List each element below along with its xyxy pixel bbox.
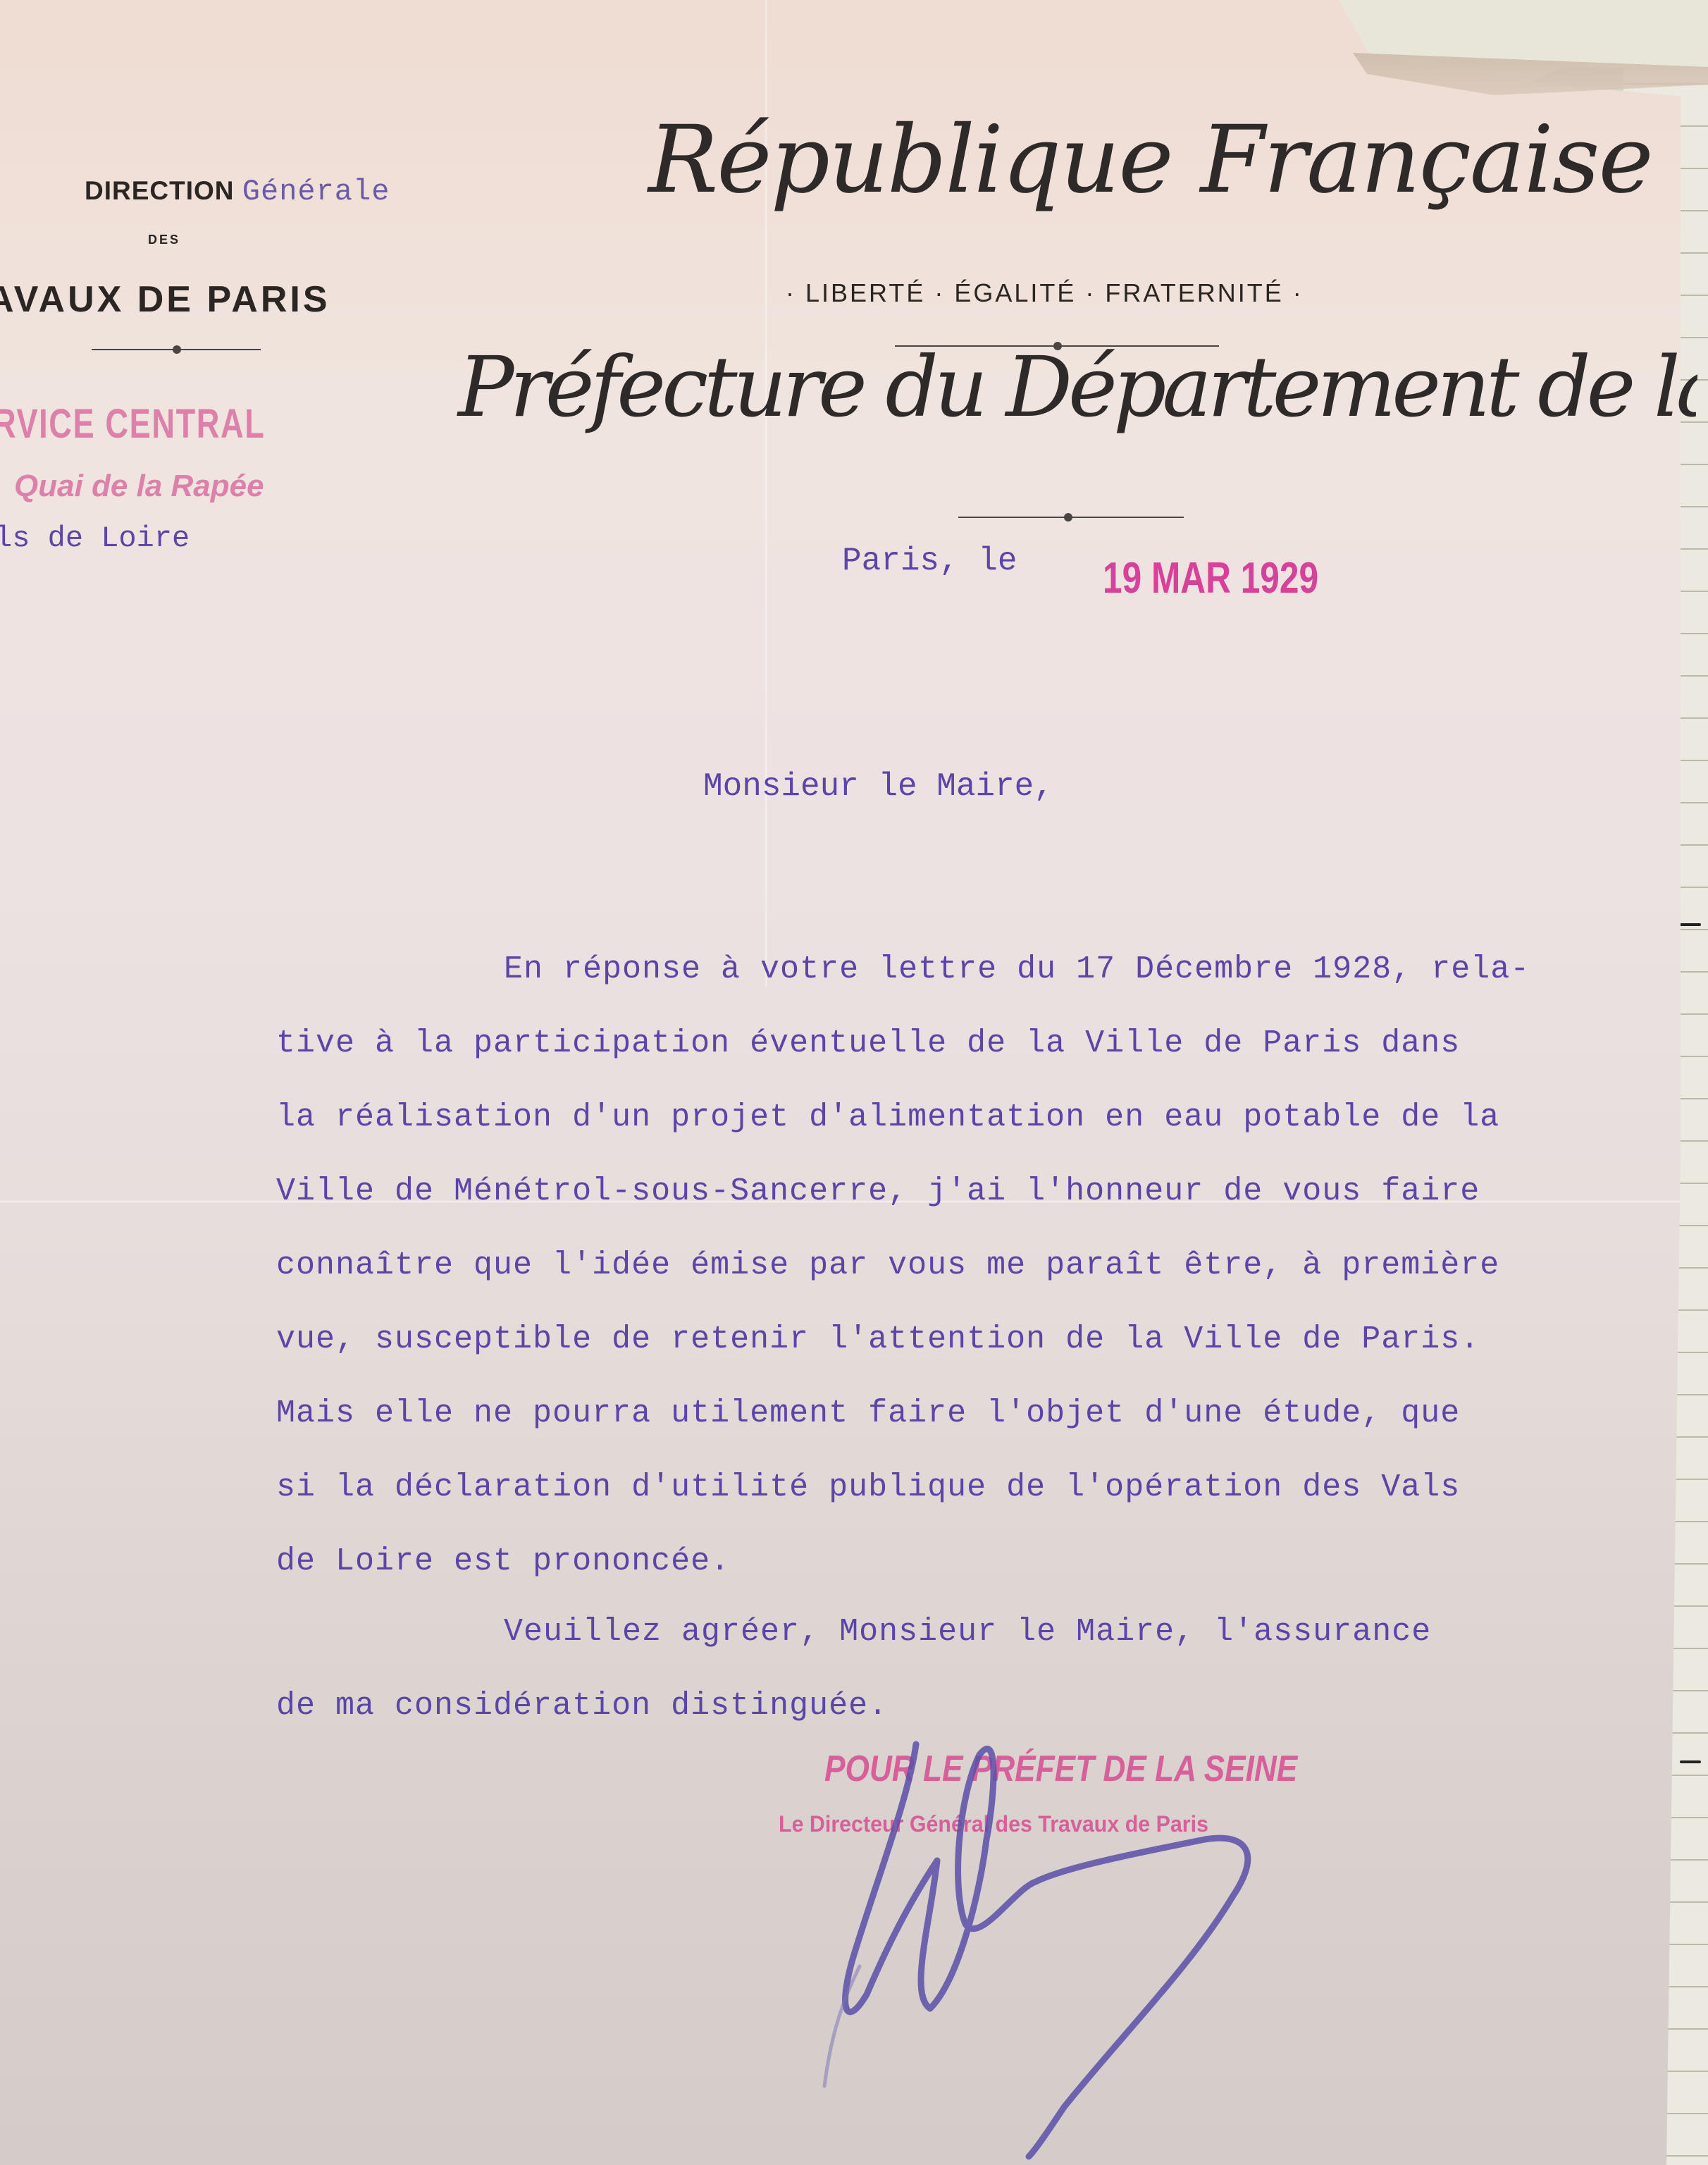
ornament-divider	[92, 349, 261, 350]
stamp-service-central: RVICE CENTRAL	[0, 400, 265, 448]
salutation: Monsieur le Maire,	[703, 768, 1053, 805]
ornament-divider	[958, 517, 1184, 518]
letter-sheet: DIRECTION Générale DES AVAUX DE PARIS RV…	[0, 0, 1681, 2165]
letterhead-direction-printed: DIRECTION	[85, 176, 235, 205]
body-line: tive à la participation éventuelle de la…	[276, 1025, 1460, 1061]
letterhead-subtitle: Préfecture du Département de la Seine	[458, 338, 1708, 436]
date-stamp: 19 MAR 1929	[1103, 553, 1318, 603]
signature	[768, 1713, 1473, 2164]
letterhead-title: République Française	[648, 106, 1652, 214]
ink-mark	[1680, 923, 1701, 926]
letterhead-direction: DIRECTION Générale	[85, 175, 390, 209]
ink-mark	[1680, 1760, 1701, 1763]
body-line: connaître que l'idée émise par vous me p…	[276, 1247, 1499, 1283]
stamp-quai-rapee: Quai de la Rapée	[14, 469, 264, 504]
body-line: Veuillez agréer, Monsieur le Maire, l'as…	[504, 1614, 1431, 1650]
body-line: Mais elle ne pourra utilement faire l'ob…	[276, 1395, 1460, 1431]
letterhead-motto: · LIBERTÉ · ÉGALITÉ · FRATERNITÉ ·	[786, 278, 1304, 308]
body-line: vue, susceptible de retenir l'attention …	[276, 1321, 1480, 1357]
body-line: En réponse à votre lettre du 17 Décembre…	[504, 951, 1530, 987]
date-prefix: Paris, le	[842, 543, 1017, 579]
letterhead-des: DES	[148, 233, 180, 247]
body-line: si la déclaration d'utilité publique de …	[276, 1469, 1460, 1505]
letterhead-direction-typed: Générale	[242, 175, 390, 209]
body-line: la réalisation d'un projet d'alimentatio…	[276, 1099, 1499, 1135]
typed-vals-de-loire: ls de Loire	[0, 522, 190, 555]
letterhead-travaux: AVAUX DE PARIS	[0, 278, 330, 321]
body-line: Ville de Ménétrol-sous-Sancerre, j'ai l'…	[276, 1173, 1480, 1209]
body-line: de Loire est prononcée.	[276, 1543, 730, 1579]
